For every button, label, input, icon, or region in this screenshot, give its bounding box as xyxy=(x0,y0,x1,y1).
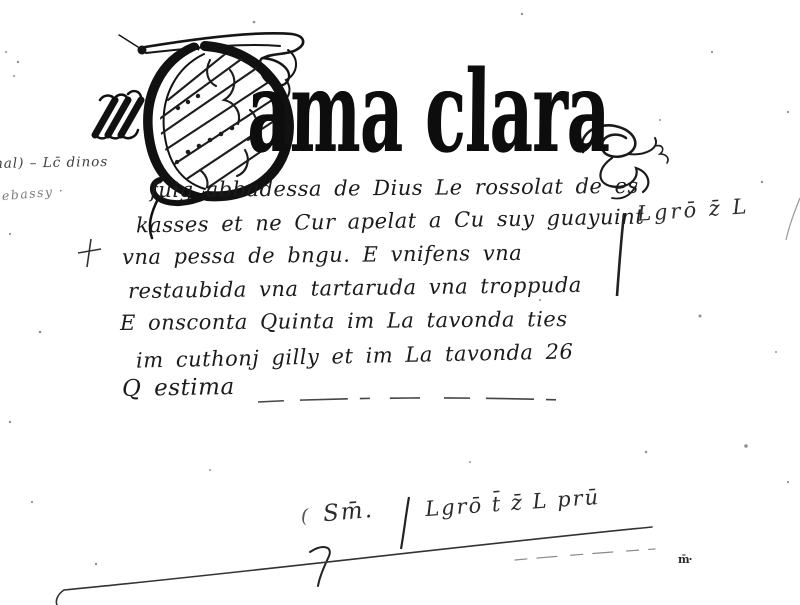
bottom-right-ink-mark: m̄· xyxy=(678,553,691,566)
bottom-sweep-line xyxy=(56,527,655,605)
initial-cadel-squiggle xyxy=(95,91,141,138)
body-line: Q estima xyxy=(122,376,235,401)
heading-text: ama clara xyxy=(247,55,610,168)
manuscript-page: ama clara mal) – Lc̄ dinos Lebassy · fui… xyxy=(0,0,800,605)
summary-label: Sm̄. xyxy=(322,497,375,527)
margin-note: mal) – Lc̄ dinos xyxy=(0,154,108,172)
estima-fill-line xyxy=(258,398,562,402)
margin-cross-mark xyxy=(78,239,101,267)
right-edge-faint-stroke xyxy=(786,198,800,240)
body-line: vna pessa de bngu. E vnifens vna xyxy=(122,243,522,268)
body-line: fuig abbadessa de Dius Le rossolat de es xyxy=(150,176,639,201)
body-line: E onsconta Quinta im La tavonda ties xyxy=(120,309,568,334)
summary-separator-bar xyxy=(401,497,409,549)
bottom-hook-mark xyxy=(310,547,330,586)
